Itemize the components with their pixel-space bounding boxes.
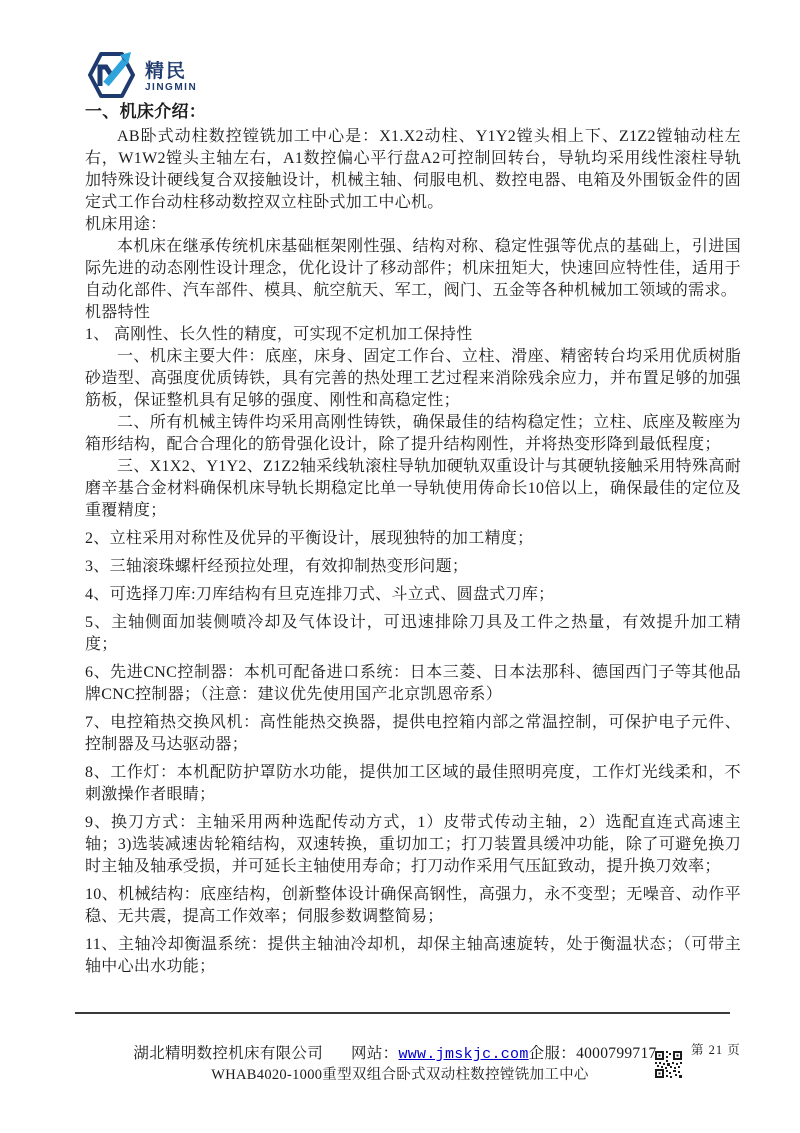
paragraph: 2、立柱采用对称性及优异的平衡设计，展现独特的加工精度； [85,528,741,550]
paragraph: 10、机械结构：底座结构，创新整体设计确保高钢性，高强力，永不变型；无噪音、动作… [85,884,741,928]
page-number: 第 21 页 [691,1040,741,1058]
paragraph: AB卧式动柱数控镗铣加工中心是：X1.X2动柱、Y1Y2镗头相上下、Z1Z2镗轴… [85,126,741,214]
paragraph: 4、可选择刀库:刀库结构有旦克连排刀式、斗立式、圆盘式刀库； [85,584,741,606]
footer-service-phone: 4000799717 [576,1045,657,1062]
paragraph: 三、X1X2、Y1Y2、Z1Z2轴采线轨滚柱导轨加硬轨双重设计与其硬轨接触采用特… [85,456,741,522]
paragraph: 机床用途： [85,214,741,236]
paragraph: 机器特性 [85,302,741,324]
footer-company-name: 湖北精明数控机床有限公司 [133,1045,323,1062]
document-body: AB卧式动柱数控镗铣加工中心是：X1.X2动柱、Y1Y2镗头相上下、Z1Z2镗轴… [85,126,741,978]
logo-text: 精民 JINGMIN [145,62,197,93]
company-logo: 精民 JINGMIN [86,50,197,105]
document-page: 精民 JINGMIN 一、机床介绍： AB卧式动柱数控镗铣加工中心是：X1.X2… [0,0,800,1133]
paragraph: 8、工作灯：本机配防护罩防水功能，提供加工区域的最佳照明亮度，工作灯光线柔和，不… [85,762,741,806]
jingmin-logo-icon [86,50,138,105]
footer-model-line: WHAB4020-1000重型双组合卧式双动柱数控镗铣加工中心 [0,1063,800,1084]
paragraph: 一、机床主要大件：底座，床身、固定工作台、立柱、滑座、精密转台均采用优质树脂砂造… [85,346,741,412]
footer-website-label: 网站： [351,1045,398,1062]
paragraph: 9、换刀方式：主轴采用两种选配传动方式，1）皮带式传动主轴，2）选配直连式高速主… [85,812,741,878]
paragraph: 3、三轴滚珠螺杆经预拉处理，有效抑制热变形问题； [85,556,741,578]
paragraph: 7、电控箱热交换风机：高性能热交换器，提供电控箱内部之常温控制，可保护电子元件、… [85,712,741,756]
paragraph: 5、主轴侧面加装侧喷冷却及气体设计，可迅速排除刀具及工件之热量，有效提升加工精度… [85,612,741,656]
footer-website-link[interactable]: www.jmskjc.com [398,1046,528,1063]
paragraph: 1、 高刚性、长久性的精度，可实现不定机加工保持性 [85,324,741,346]
section-heading: 一、机床介绍： [85,100,741,124]
document-content: 一、机床介绍： AB卧式动柱数控镗铣加工中心是：X1.X2动柱、Y1Y2镗头相上… [85,100,741,978]
brand-name-cn: 精民 [145,62,197,81]
paragraph: 二、所有机械主铸件均采用高刚性铸铁，确保最佳的结构稳定性；立柱、底座及鞍座为箱形… [85,412,741,456]
footer-divider [75,1012,730,1014]
paragraph: 11、主轴冷却衡温系统：提供主轴油冷却机，却保主轴高速旋转，处于衡温状态；（可带… [85,934,741,978]
footer-service-label: 企服： [529,1045,576,1062]
paragraph: 本机床在继承传统机床基础框架刚性强、结构对称、稳定性强等优点的基础上，引进国际先… [85,236,741,302]
brand-name-en: JINGMIN [145,83,197,93]
paragraph: 6、先进CNC控制器：本机可配备进口系统：日本三菱、日本法那科、德国西门子等其他… [85,662,741,706]
